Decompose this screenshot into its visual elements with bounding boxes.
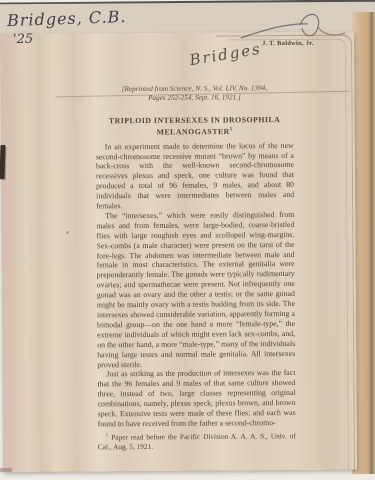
staple <box>0 145 5 179</box>
article-paragraph: The “intersexes,” which were easily dist… <box>96 210 295 370</box>
pen-flourish <box>238 8 348 48</box>
photo-of-reprint: Bridges, C.B. '25 J. T. Baldwin, Jr. Bri… <box>0 0 375 480</box>
article-paragraph: Just as striking as the production of in… <box>97 368 295 429</box>
printed-text-column: [Reprinted from Science, N. S., Vol. LIV… <box>95 84 296 451</box>
footnote-marker: 1 <box>106 433 109 438</box>
handwritten-year: '25 <box>13 32 33 47</box>
article-title-line-2: MELANOGASTER1 <box>96 125 294 138</box>
paper-speck <box>66 231 69 234</box>
article-title: TRIPLOID INTERSEXES IN DROSOPHILA MELANO… <box>96 115 294 138</box>
citation-line-2: Pages 252-254, Sept. 16, 1921.] <box>95 93 293 103</box>
reprint-page: J. T. Baldwin, Jr. Bridges [Reprinted fr… <box>0 32 357 472</box>
reprint-citation: [Reprinted from Science, N. S., Vol. LIV… <box>95 84 293 103</box>
article-paragraph: In an experiment made to determine the l… <box>96 141 294 212</box>
footnote-text: Paper read before the Pacific Division A… <box>98 431 296 451</box>
article-title-line-1: TRIPLOID INTERSEXES IN DROSOPHILA <box>96 115 294 126</box>
article-body: In an experiment made to determine the l… <box>96 141 296 430</box>
bottom-corner-shade <box>0 468 12 472</box>
article-footnote: 1 Paper read before the Pacific Division… <box>98 430 296 452</box>
title-footnote-marker: 1 <box>230 127 233 132</box>
